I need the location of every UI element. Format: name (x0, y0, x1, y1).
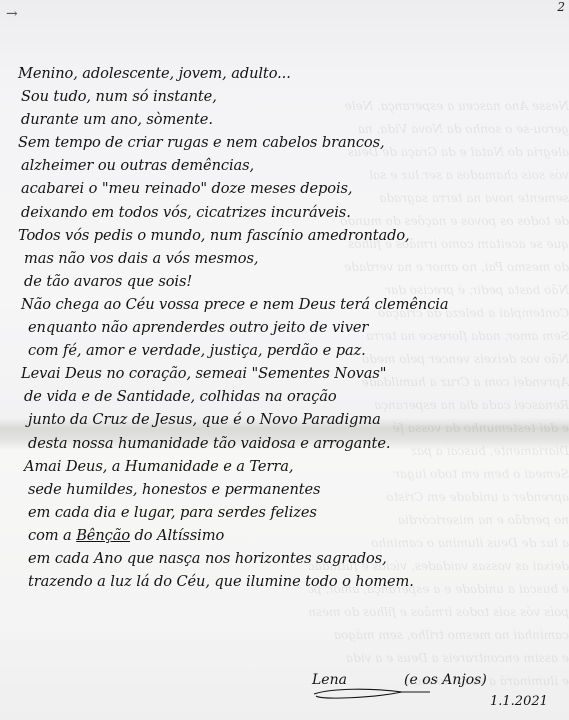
underlined-phrase: Bênção (76, 527, 130, 544)
poem-line: acabarei o "meu reinado" doze meses depo… (18, 177, 558, 200)
poem-line: em cada dia e lugar, para serdes felizes (18, 501, 558, 524)
poem-line: Sem tempo de criar rugas e nem cabelos b… (18, 131, 558, 154)
poem-body: Menino, adolescente, jovem, adulto... So… (18, 62, 558, 593)
scanned-letter-page: Nesse Ano nasceu a esperança. Nele gerou… (0, 0, 569, 720)
poem-line: durante um ano, sòmente. (18, 108, 558, 131)
poem-line: Amai Deus, a Humanidade e a Terra, (18, 455, 558, 478)
poem-line: com a Bênção do Altíssimo (18, 524, 558, 547)
letter-date: 1.1.2021 (490, 694, 548, 709)
page-number: 2 (557, 0, 565, 14)
poem-line: alzheimer ou outras demências, (18, 154, 558, 177)
poem-line: em cada Ano que nasça nos horizontes sag… (18, 547, 558, 570)
poem-line: de tão avaros que sois! (18, 270, 558, 293)
signature-note: (e os Anjos) (404, 672, 487, 688)
bleed-line: e assim encontrareis a Deus e a vida (309, 647, 569, 670)
signature-flourish-icon (312, 686, 432, 700)
poem-line: Sou tudo, num só instante, (18, 85, 558, 108)
poem-line: junto da Cruz de Jesus, que é o Novo Par… (18, 408, 558, 431)
poem-line: deixando em todos vós, cicatrizes incurá… (18, 201, 558, 224)
bleed-line: pois vós sois todos irmãos e filhos do m… (309, 601, 569, 624)
poem-line: com fé, amor e verdade, justiça, perdão … (18, 339, 558, 362)
poem-line: sede humildes, honestos e permanentes (18, 478, 558, 501)
arrow-mark-icon: → (6, 6, 18, 22)
bleed-line: caminhai no mesmo trilho, sem mágoa (309, 624, 569, 647)
poem-line: trazendo a luz lá do Céu, que ilumine to… (18, 570, 558, 593)
signature-block: Lena (e os Anjos) 1.1.2021 (312, 672, 562, 712)
poem-line: Menino, adolescente, jovem, adulto... (18, 62, 558, 85)
poem-line: Não chega ao Céu vossa prece e nem Deus … (18, 293, 558, 316)
poem-line: de vida e de Santidade, colhidas na oraç… (18, 385, 558, 408)
poem-line: mas não vos dais a vós mesmos, (18, 247, 558, 270)
poem-line: Todos vós pedis o mundo, num fascínio am… (18, 224, 558, 247)
poem-line: desta nossa humanidade tão vaidosa e arr… (18, 432, 558, 455)
poem-line: Levai Deus no coração, semeai "Sementes … (18, 362, 558, 385)
poem-line: enquanto não aprenderdes outro jeito de … (18, 316, 558, 339)
